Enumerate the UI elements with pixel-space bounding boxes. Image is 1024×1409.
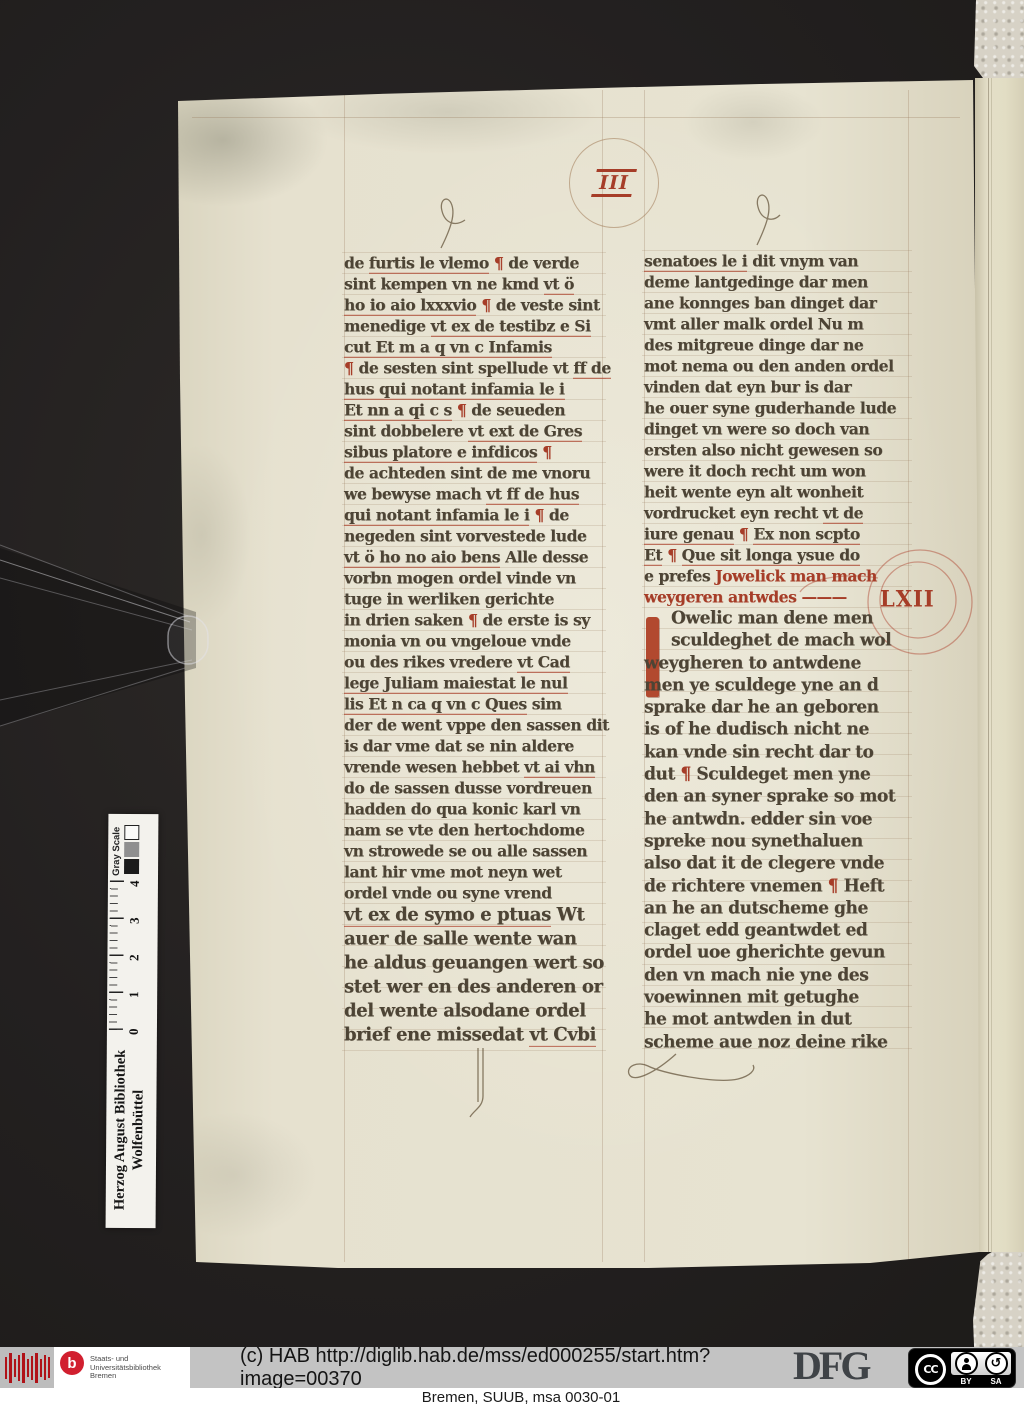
ruler-number: 1 xyxy=(126,991,142,998)
ruler-ticks-major xyxy=(109,880,124,1030)
caption-bar: Bremen, SUUB, msa 0030-01 xyxy=(0,1388,1024,1409)
library-block: b Staats- und Universitätsbibliothek Bre… xyxy=(54,1347,190,1388)
ruler-rotated-content: Herzog August Bibliothek Wolfenbüttel 01… xyxy=(106,814,159,1228)
color-calibration-ruler: Herzog August Bibliothek Wolfenbüttel 01… xyxy=(106,814,159,1228)
library-name-line3: Bremen xyxy=(90,1372,161,1381)
cc-license-labels: BY SA xyxy=(951,1377,1011,1386)
ruler-number: 3 xyxy=(127,917,143,924)
shelfmark-caption: Bremen, SUUB, msa 0030-01 xyxy=(0,1388,1024,1408)
copyright-url: (c) HAB http://diglib.hab.de/mss/ed00025… xyxy=(240,1347,800,1388)
dfg-logo: DFG xyxy=(793,1345,868,1386)
suub-barcode-icon xyxy=(0,1347,54,1388)
gray-scale-label: Gray Scale xyxy=(111,827,122,876)
grayscale-white-swatch xyxy=(124,825,139,840)
cc-license-icons-panel: ↺ xyxy=(951,1352,1011,1375)
cc-license-plate: CC ↺ BY SA xyxy=(908,1348,1016,1388)
footer-bar: b Staats- und Universitätsbibliothek Bre… xyxy=(0,1347,1024,1388)
ruler-number: 0 xyxy=(126,1028,142,1035)
ruler-numbers: 01234 xyxy=(126,875,145,1035)
ruler-number: 4 xyxy=(127,880,143,887)
institution-label: Herzog August Bibliothek Wolfenbüttel xyxy=(111,1034,148,1226)
gray-scale-swatches xyxy=(124,825,139,874)
grayscale-gray-swatch xyxy=(124,842,139,857)
institution-line1: Herzog August Bibliothek xyxy=(111,1034,130,1226)
photo-area: III LXII de furtis le vlemo ¶ de verdesi… xyxy=(0,0,1024,1347)
scan-viewer: III LXII de furtis le vlemo ¶ de verdesi… xyxy=(0,0,1024,1409)
sa-label: SA xyxy=(990,1377,1001,1386)
bremen-b-logo-icon: b xyxy=(60,1351,84,1375)
ruler-number: 2 xyxy=(126,954,142,961)
sa-sharealike-icon: ↺ xyxy=(985,1352,1008,1375)
by-attribution-icon xyxy=(955,1352,978,1375)
barcode-block xyxy=(0,1347,54,1388)
cc-icon: CC xyxy=(915,1354,946,1385)
institution-line2: Wolfenbüttel xyxy=(129,1034,148,1226)
grayscale-black-swatch xyxy=(124,859,139,874)
library-name: Staats- und Universitätsbibliothek Breme… xyxy=(90,1355,161,1381)
by-label: BY xyxy=(960,1377,971,1386)
